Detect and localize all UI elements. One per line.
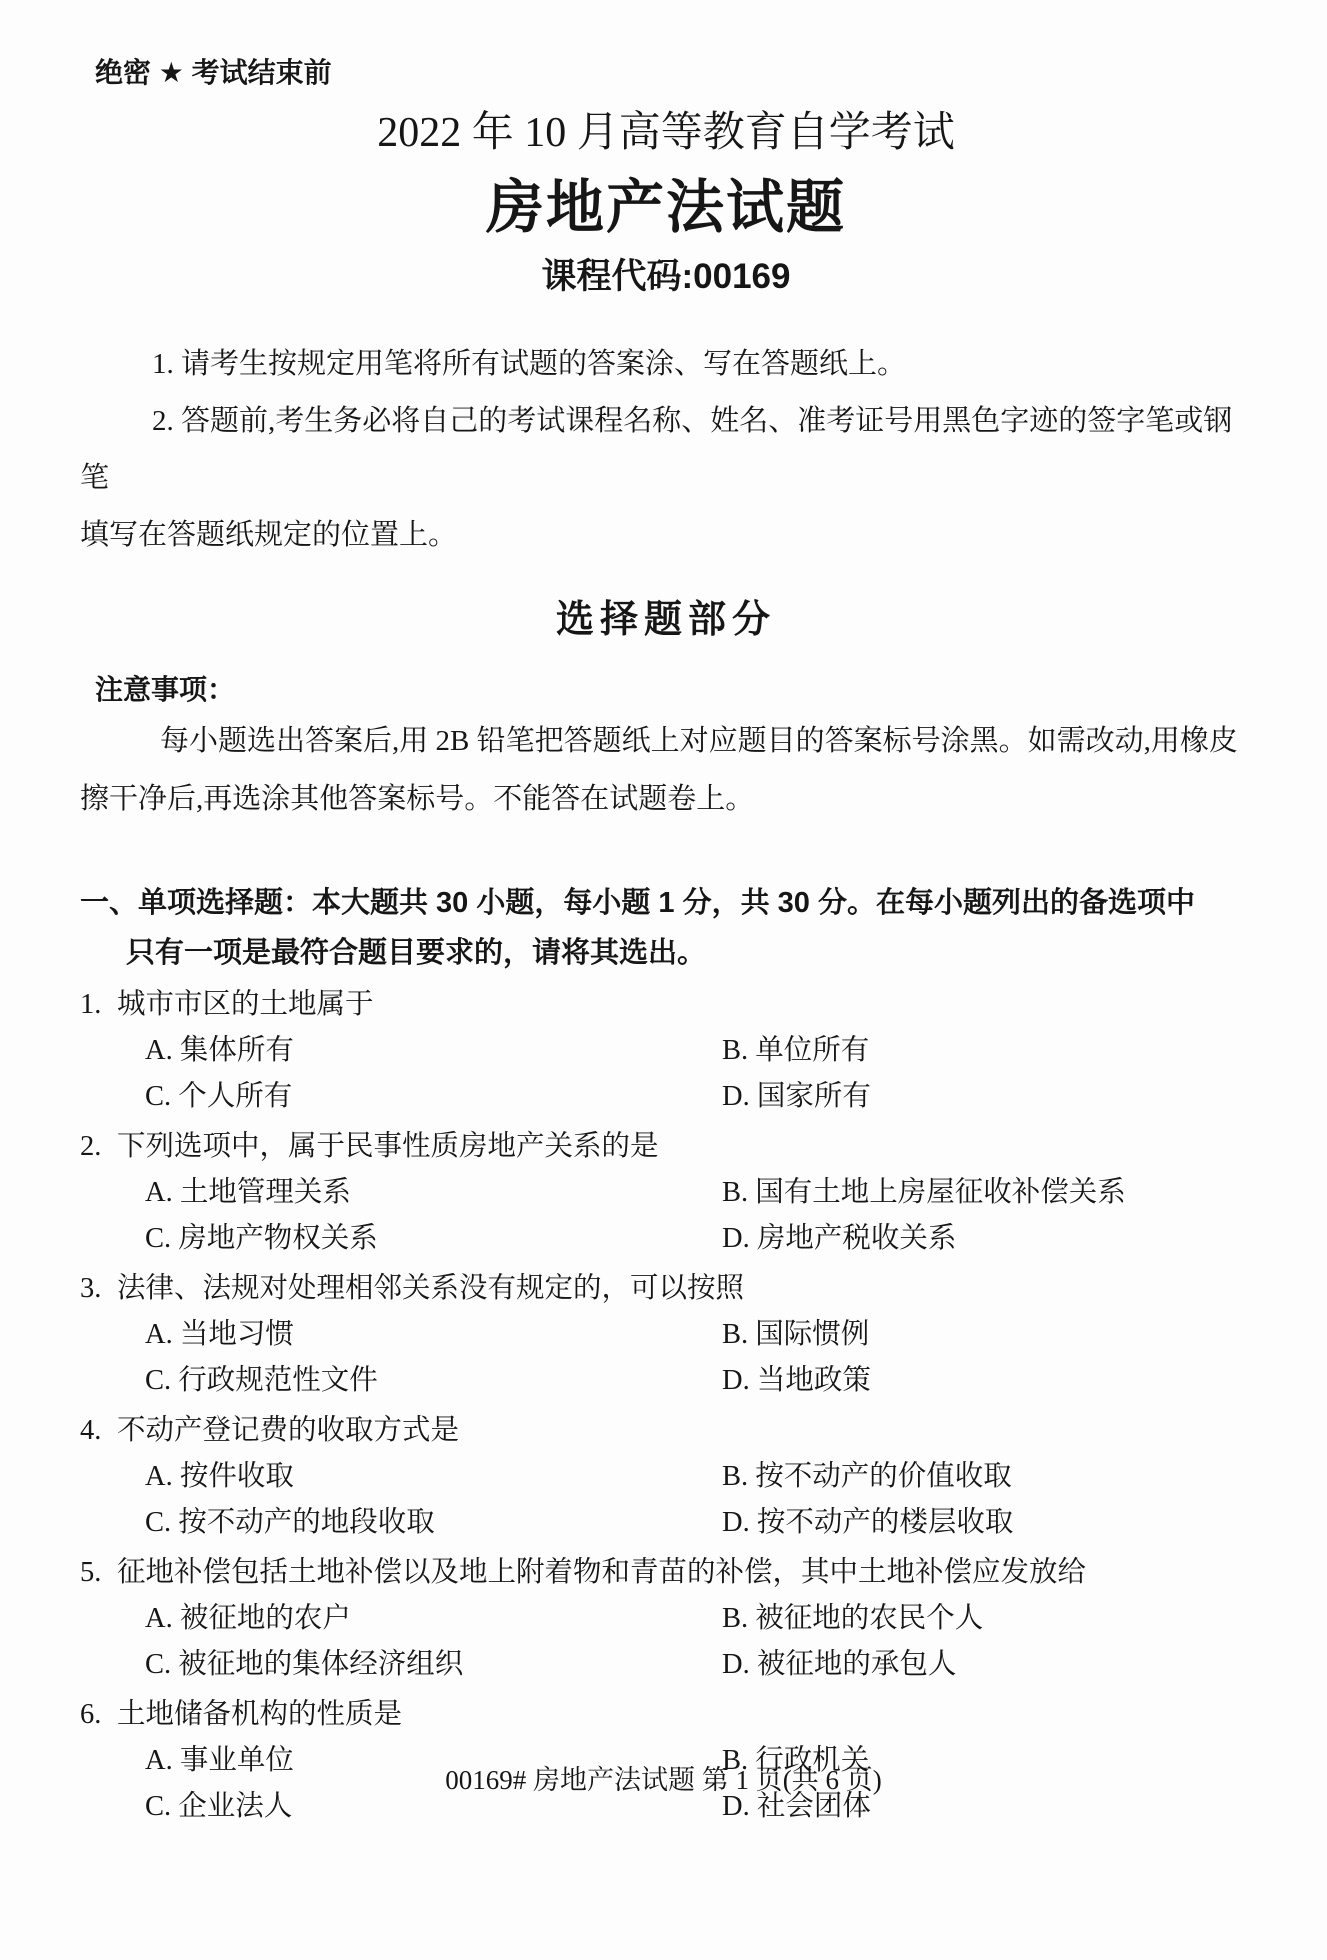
question-options: A. 被征地的农户 B. 被征地的农民个人 C. 被征地的集体经济组织 D. 被…	[80, 1596, 1252, 1688]
option-c: C. 行政规范性文件	[145, 1358, 722, 1404]
question-number: 6.	[80, 1692, 117, 1738]
option-c: C. 个人所有	[145, 1074, 722, 1120]
question-stem: 城市市区的土地属于	[117, 982, 1252, 1028]
option-a: A. 被征地的农户	[145, 1596, 722, 1642]
option-b: B. 按不动产的价值收取	[722, 1454, 1252, 1500]
notes-heading: 注意事项：	[95, 670, 1252, 710]
question-item: 6. 土地储备机构的性质是 A. 事业单位 B. 行政机关 C. 企业法人 D.…	[80, 1692, 1252, 1830]
question-stem: 土地储备机构的性质是	[117, 1692, 1252, 1738]
multiple-choice-section-header: 选择题部分	[80, 594, 1252, 646]
question-number: 5.	[80, 1550, 117, 1596]
option-c: C. 按不动产的地段收取	[145, 1500, 722, 1546]
question-stem: 下列选项中，属于民事性质房地产关系的是	[117, 1124, 1252, 1170]
question-stem: 法律、法规对处理相邻关系没有规定的，可以按照	[117, 1266, 1252, 1312]
security-label: 绝密 ★ 考试结束前	[95, 56, 1252, 90]
question-options: A. 土地管理关系 B. 国有土地上房屋征收补偿关系 C. 房地产物权关系 D.…	[80, 1170, 1252, 1262]
question-item: 1. 城市市区的土地属于 A. 集体所有 B. 单位所有 C. 个人所有 D. …	[80, 982, 1252, 1120]
option-b: B. 国有土地上房屋征收补偿关系	[722, 1170, 1252, 1216]
option-b: B. 单位所有	[722, 1028, 1252, 1074]
question-item: 3. 法律、法规对处理相邻关系没有规定的，可以按照 A. 当地习惯 B. 国际惯…	[80, 1266, 1252, 1404]
option-d: D. 当地政策	[722, 1358, 1252, 1404]
question-list: 1. 城市市区的土地属于 A. 集体所有 B. 单位所有 C. 个人所有 D. …	[80, 982, 1252, 1830]
question-number: 3.	[80, 1266, 117, 1312]
option-a: A. 当地习惯	[145, 1312, 722, 1358]
instruction-item-2: 2. 答题前,考生务必将自己的考试课程名称、姓名、准考证号用黑色字迹的签字笔或钢…	[80, 393, 1252, 564]
question-stem: 不动产登记费的收取方式是	[117, 1408, 1252, 1454]
option-d: D. 国家所有	[722, 1074, 1252, 1120]
option-c: C. 房地产物权关系	[145, 1216, 722, 1262]
question-item: 2. 下列选项中，属于民事性质房地产关系的是 A. 土地管理关系 B. 国有土地…	[80, 1124, 1252, 1262]
question-options: A. 当地习惯 B. 国际惯例 C. 行政规范性文件 D. 当地政策	[80, 1312, 1252, 1404]
exam-session-title: 2022 年 10 月高等教育自学考试	[80, 106, 1252, 160]
notes-body: 每小题选出答案后,用 2B 铅笔把答题纸上对应题目的答案标号涂黑。如需改动,用橡…	[80, 712, 1252, 828]
question-stem-line: 2. 下列选项中，属于民事性质房地产关系的是	[80, 1124, 1252, 1170]
option-d: D. 被征地的承包人	[722, 1642, 1252, 1688]
option-d: D. 房地产税收关系	[722, 1216, 1252, 1262]
option-d: D. 按不动产的楼层收取	[722, 1500, 1252, 1546]
question-number: 2.	[80, 1124, 117, 1170]
question-number: 4.	[80, 1408, 117, 1454]
question-stem-line: 5. 征地补偿包括土地补偿以及地上附着物和青苗的补偿，其中土地补偿应发放给	[80, 1550, 1252, 1596]
instruction-item-1: 1. 请考生按规定用笔将所有试题的答案涂、写在答题纸上。	[80, 336, 1252, 393]
option-a: A. 按件收取	[145, 1454, 722, 1500]
question-item: 4. 不动产登记费的收取方式是 A. 按件收取 B. 按不动产的价值收取 C. …	[80, 1408, 1252, 1546]
question-options: A. 按件收取 B. 按不动产的价值收取 C. 按不动产的地段收取 D. 按不动…	[80, 1454, 1252, 1546]
course-code: 课程代码:00169	[80, 254, 1252, 300]
question-stem-line: 4. 不动产登记费的收取方式是	[80, 1408, 1252, 1454]
exam-paper-page: 绝密 ★ 考试结束前 2022 年 10 月高等教育自学考试 房地产法试题 课程…	[0, 0, 1327, 1960]
question-stem-line: 3. 法律、法规对处理相邻关系没有规定的，可以按照	[80, 1266, 1252, 1312]
part-one-heading: 一、单项选择题：本大题共 30 小题，每小题 1 分，共 30 分。在每小题列出…	[80, 878, 1252, 978]
option-b: B. 被征地的农民个人	[722, 1596, 1252, 1642]
option-b: B. 国际惯例	[722, 1312, 1252, 1358]
question-stem-line: 6. 土地储备机构的性质是	[80, 1692, 1252, 1738]
general-instructions: 1. 请考生按规定用笔将所有试题的答案涂、写在答题纸上。 2. 答题前,考生务必…	[80, 336, 1252, 564]
option-c: C. 被征地的集体经济组织	[145, 1642, 722, 1688]
option-a: A. 土地管理关系	[145, 1170, 722, 1216]
question-number: 1.	[80, 982, 117, 1028]
option-a: A. 集体所有	[145, 1028, 722, 1074]
page-footer: 00169# 房地产法试题 第 1 页(共 6 页)	[0, 1764, 1327, 1796]
question-item: 5. 征地补偿包括土地补偿以及地上附着物和青苗的补偿，其中土地补偿应发放给 A.…	[80, 1550, 1252, 1688]
question-stem-line: 1. 城市市区的土地属于	[80, 982, 1252, 1028]
exam-title: 房地产法试题	[80, 174, 1252, 242]
question-stem: 征地补偿包括土地补偿以及地上附着物和青苗的补偿，其中土地补偿应发放给	[117, 1550, 1252, 1596]
question-options: A. 集体所有 B. 单位所有 C. 个人所有 D. 国家所有	[80, 1028, 1252, 1120]
